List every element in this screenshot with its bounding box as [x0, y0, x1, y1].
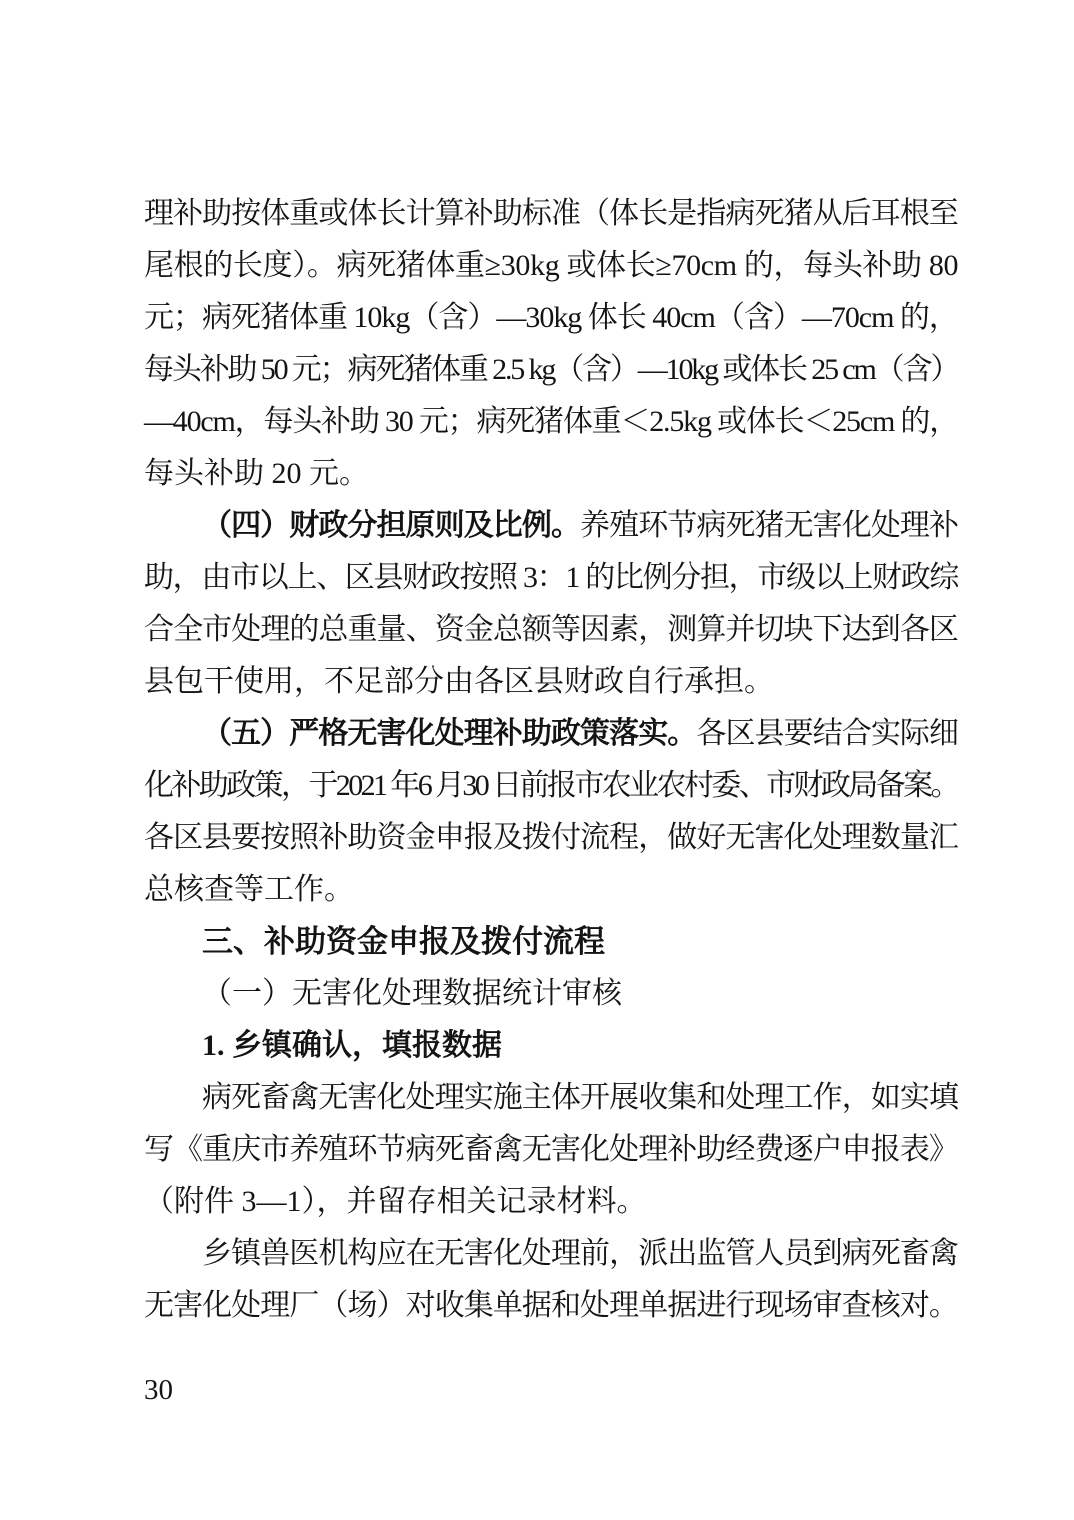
- text-line-content: 尾根的长度）。病死猪体重≥30kg 或体长≥70cm 的，每头补助 80: [144, 240, 958, 292]
- text-line: （四）财政分担原则及比例。养殖环节病死猪无害化处理补: [144, 500, 958, 552]
- text-segment: 县包干使用，不足部分由各区县财政自行承担。: [144, 665, 774, 698]
- text-line-content: 乡镇兽医机构应在无害化处理前，派出监管人员到病死畜禽: [202, 1228, 958, 1280]
- text-segment: 每头补助 20 元。: [144, 457, 369, 490]
- text-line-content: 写《重庆市养殖环节病死畜禽无害化处理补助经费逐户申报表》: [144, 1124, 958, 1176]
- text-segment: 各区县要结合实际细: [696, 717, 958, 750]
- text-line: 合全市处理的总重量、资金总额等因素，测算并切块下达到各区: [144, 604, 958, 656]
- text-line-content: （附件 3—1），并留存相关记录材料。: [144, 1176, 647, 1228]
- text-line: 各区县要按照补助资金申报及拨付流程，做好无害化处理数量汇: [144, 812, 958, 864]
- text-segment: 元；病死猪体重 10kg（含）—30kg 体长 40cm（含）—70cm 的，: [144, 301, 958, 334]
- text-line-content: 1. 乡镇确认，填报数据: [202, 1020, 502, 1072]
- text-line: （五）严格无害化处理补助政策落实。各区县要结合实际细: [144, 708, 958, 760]
- text-line: 每头补助 20 元。: [144, 448, 958, 500]
- text-segment: 各区县要按照补助资金申报及拨付流程，做好无害化处理数量汇: [144, 821, 958, 854]
- text-segment: 理补助按体重或体长计算补助标准（体长是指病死猪从后耳根至: [144, 197, 958, 230]
- text-line-content: 合全市处理的总重量、资金总额等因素，测算并切块下达到各区: [144, 604, 958, 656]
- text-segment: 三、补助资金申报及拨付流程: [202, 924, 605, 959]
- text-segment: 助，由市以上、区县财政按照 3：1 的比例分担，市级以上财政综: [144, 561, 958, 594]
- text-line-content: 县包干使用，不足部分由各区县财政自行承担。: [144, 656, 774, 708]
- text-line-content: 化补助政策，于2021 年6 月30 日前报市农业农村委、市财政局备案。: [144, 760, 958, 812]
- text-line-content: 病死畜禽无害化处理实施主体开展收集和处理工作，如实填: [202, 1072, 958, 1124]
- bold-text-segment: （四）财政分担原则及比例。: [202, 509, 580, 542]
- text-line: 助，由市以上、区县财政按照 3：1 的比例分担，市级以上财政综: [144, 552, 958, 604]
- text-segment: —40cm，每头补助 30 元；病死猪体重＜2.5kg 或体长＜25cm 的，: [144, 405, 958, 438]
- text-line-content: —40cm，每头补助 30 元；病死猪体重＜2.5kg 或体长＜25cm 的，: [144, 396, 958, 448]
- document-body: 理补助按体重或体长计算补助标准（体长是指病死猪从后耳根至尾根的长度）。病死猪体重…: [144, 188, 958, 1332]
- text-line: 三、补助资金申报及拨付流程: [144, 916, 958, 968]
- text-line-content: 助，由市以上、区县财政按照 3：1 的比例分担，市级以上财政综: [144, 552, 958, 604]
- text-line-content: （一）无害化处理数据统计审核: [202, 968, 622, 1020]
- text-line-content: 理补助按体重或体长计算补助标准（体长是指病死猪从后耳根至: [144, 188, 958, 240]
- text-line: 无害化处理厂（场）对收集单据和处理单据进行现场审查核对。: [144, 1280, 958, 1332]
- text-segment: 写《重庆市养殖环节病死畜禽无害化处理补助经费逐户申报表》: [144, 1133, 958, 1166]
- text-line-content: 各区县要按照补助资金申报及拨付流程，做好无害化处理数量汇: [144, 812, 958, 864]
- text-segment: 养殖环节病死猪无害化处理补: [580, 509, 958, 542]
- text-line: 乡镇兽医机构应在无害化处理前，派出监管人员到病死畜禽: [144, 1228, 958, 1280]
- text-line-content: （四）财政分担原则及比例。养殖环节病死猪无害化处理补: [202, 500, 958, 552]
- text-line: 理补助按体重或体长计算补助标准（体长是指病死猪从后耳根至: [144, 188, 958, 240]
- text-line: 化补助政策，于2021 年6 月30 日前报市农业农村委、市财政局备案。: [144, 760, 958, 812]
- text-segment: 合全市处理的总重量、资金总额等因素，测算并切块下达到各区: [144, 613, 958, 646]
- text-line: —40cm，每头补助 30 元；病死猪体重＜2.5kg 或体长＜25cm 的，: [144, 396, 958, 448]
- text-segment: 化补助政策，于2021 年6 月30 日前报市农业农村委、市财政局备案。: [144, 769, 958, 802]
- text-segment: （一）无害化处理数据统计审核: [202, 977, 622, 1010]
- text-line: 病死畜禽无害化处理实施主体开展收集和处理工作，如实填: [144, 1072, 958, 1124]
- text-line-content: 元；病死猪体重 10kg（含）—30kg 体长 40cm（含）—70cm 的，: [144, 292, 958, 344]
- text-line-content: 三、补助资金申报及拨付流程: [202, 916, 605, 968]
- bold-text-segment: （五）严格无害化处理补助政策落实。: [202, 717, 696, 750]
- text-line: 写《重庆市养殖环节病死畜禽无害化处理补助经费逐户申报表》: [144, 1124, 958, 1176]
- text-segment: （附件 3—1），并留存相关记录材料。: [144, 1185, 647, 1218]
- text-segment: 1. 乡镇确认，填报数据: [202, 1029, 502, 1062]
- text-line: 1. 乡镇确认，填报数据: [144, 1020, 958, 1072]
- text-segment: 乡镇兽医机构应在无害化处理前，派出监管人员到病死畜禽: [202, 1237, 958, 1270]
- text-line: 总核查等工作。: [144, 864, 958, 916]
- text-line-content: 每头补助 50 元；病死猪体重 2.5 kg（含）—10kg 或体长 25 cm…: [144, 344, 958, 396]
- text-segment: 无害化处理厂（场）对收集单据和处理单据进行现场审查核对。: [144, 1289, 958, 1322]
- text-line-content: 总核查等工作。: [144, 864, 354, 916]
- text-line-content: 每头补助 20 元。: [144, 448, 369, 500]
- text-segment: 总核查等工作。: [144, 873, 354, 906]
- text-line: 每头补助 50 元；病死猪体重 2.5 kg（含）—10kg 或体长 25 cm…: [144, 344, 958, 396]
- text-line: 县包干使用，不足部分由各区县财政自行承担。: [144, 656, 958, 708]
- text-segment: 病死畜禽无害化处理实施主体开展收集和处理工作，如实填: [202, 1081, 958, 1114]
- text-line: （附件 3—1），并留存相关记录材料。: [144, 1176, 958, 1228]
- text-segment: 每头补助 50 元；病死猪体重 2.5 kg（含）—10kg 或体长 25 cm…: [144, 353, 958, 386]
- text-segment: 尾根的长度）。病死猪体重≥30kg 或体长≥70cm 的，每头补助 80: [144, 249, 958, 282]
- page-number: 30: [144, 1364, 173, 1416]
- text-line: 元；病死猪体重 10kg（含）—30kg 体长 40cm（含）—70cm 的，: [144, 292, 958, 344]
- text-line: 尾根的长度）。病死猪体重≥30kg 或体长≥70cm 的，每头补助 80: [144, 240, 958, 292]
- text-line: （一）无害化处理数据统计审核: [144, 968, 958, 1020]
- text-line-content: 无害化处理厂（场）对收集单据和处理单据进行现场审查核对。: [144, 1280, 958, 1332]
- text-line-content: （五）严格无害化处理补助政策落实。各区县要结合实际细: [202, 708, 958, 760]
- document-page: 理补助按体重或体长计算补助标准（体长是指病死猪从后耳根至尾根的长度）。病死猪体重…: [0, 0, 1074, 1520]
